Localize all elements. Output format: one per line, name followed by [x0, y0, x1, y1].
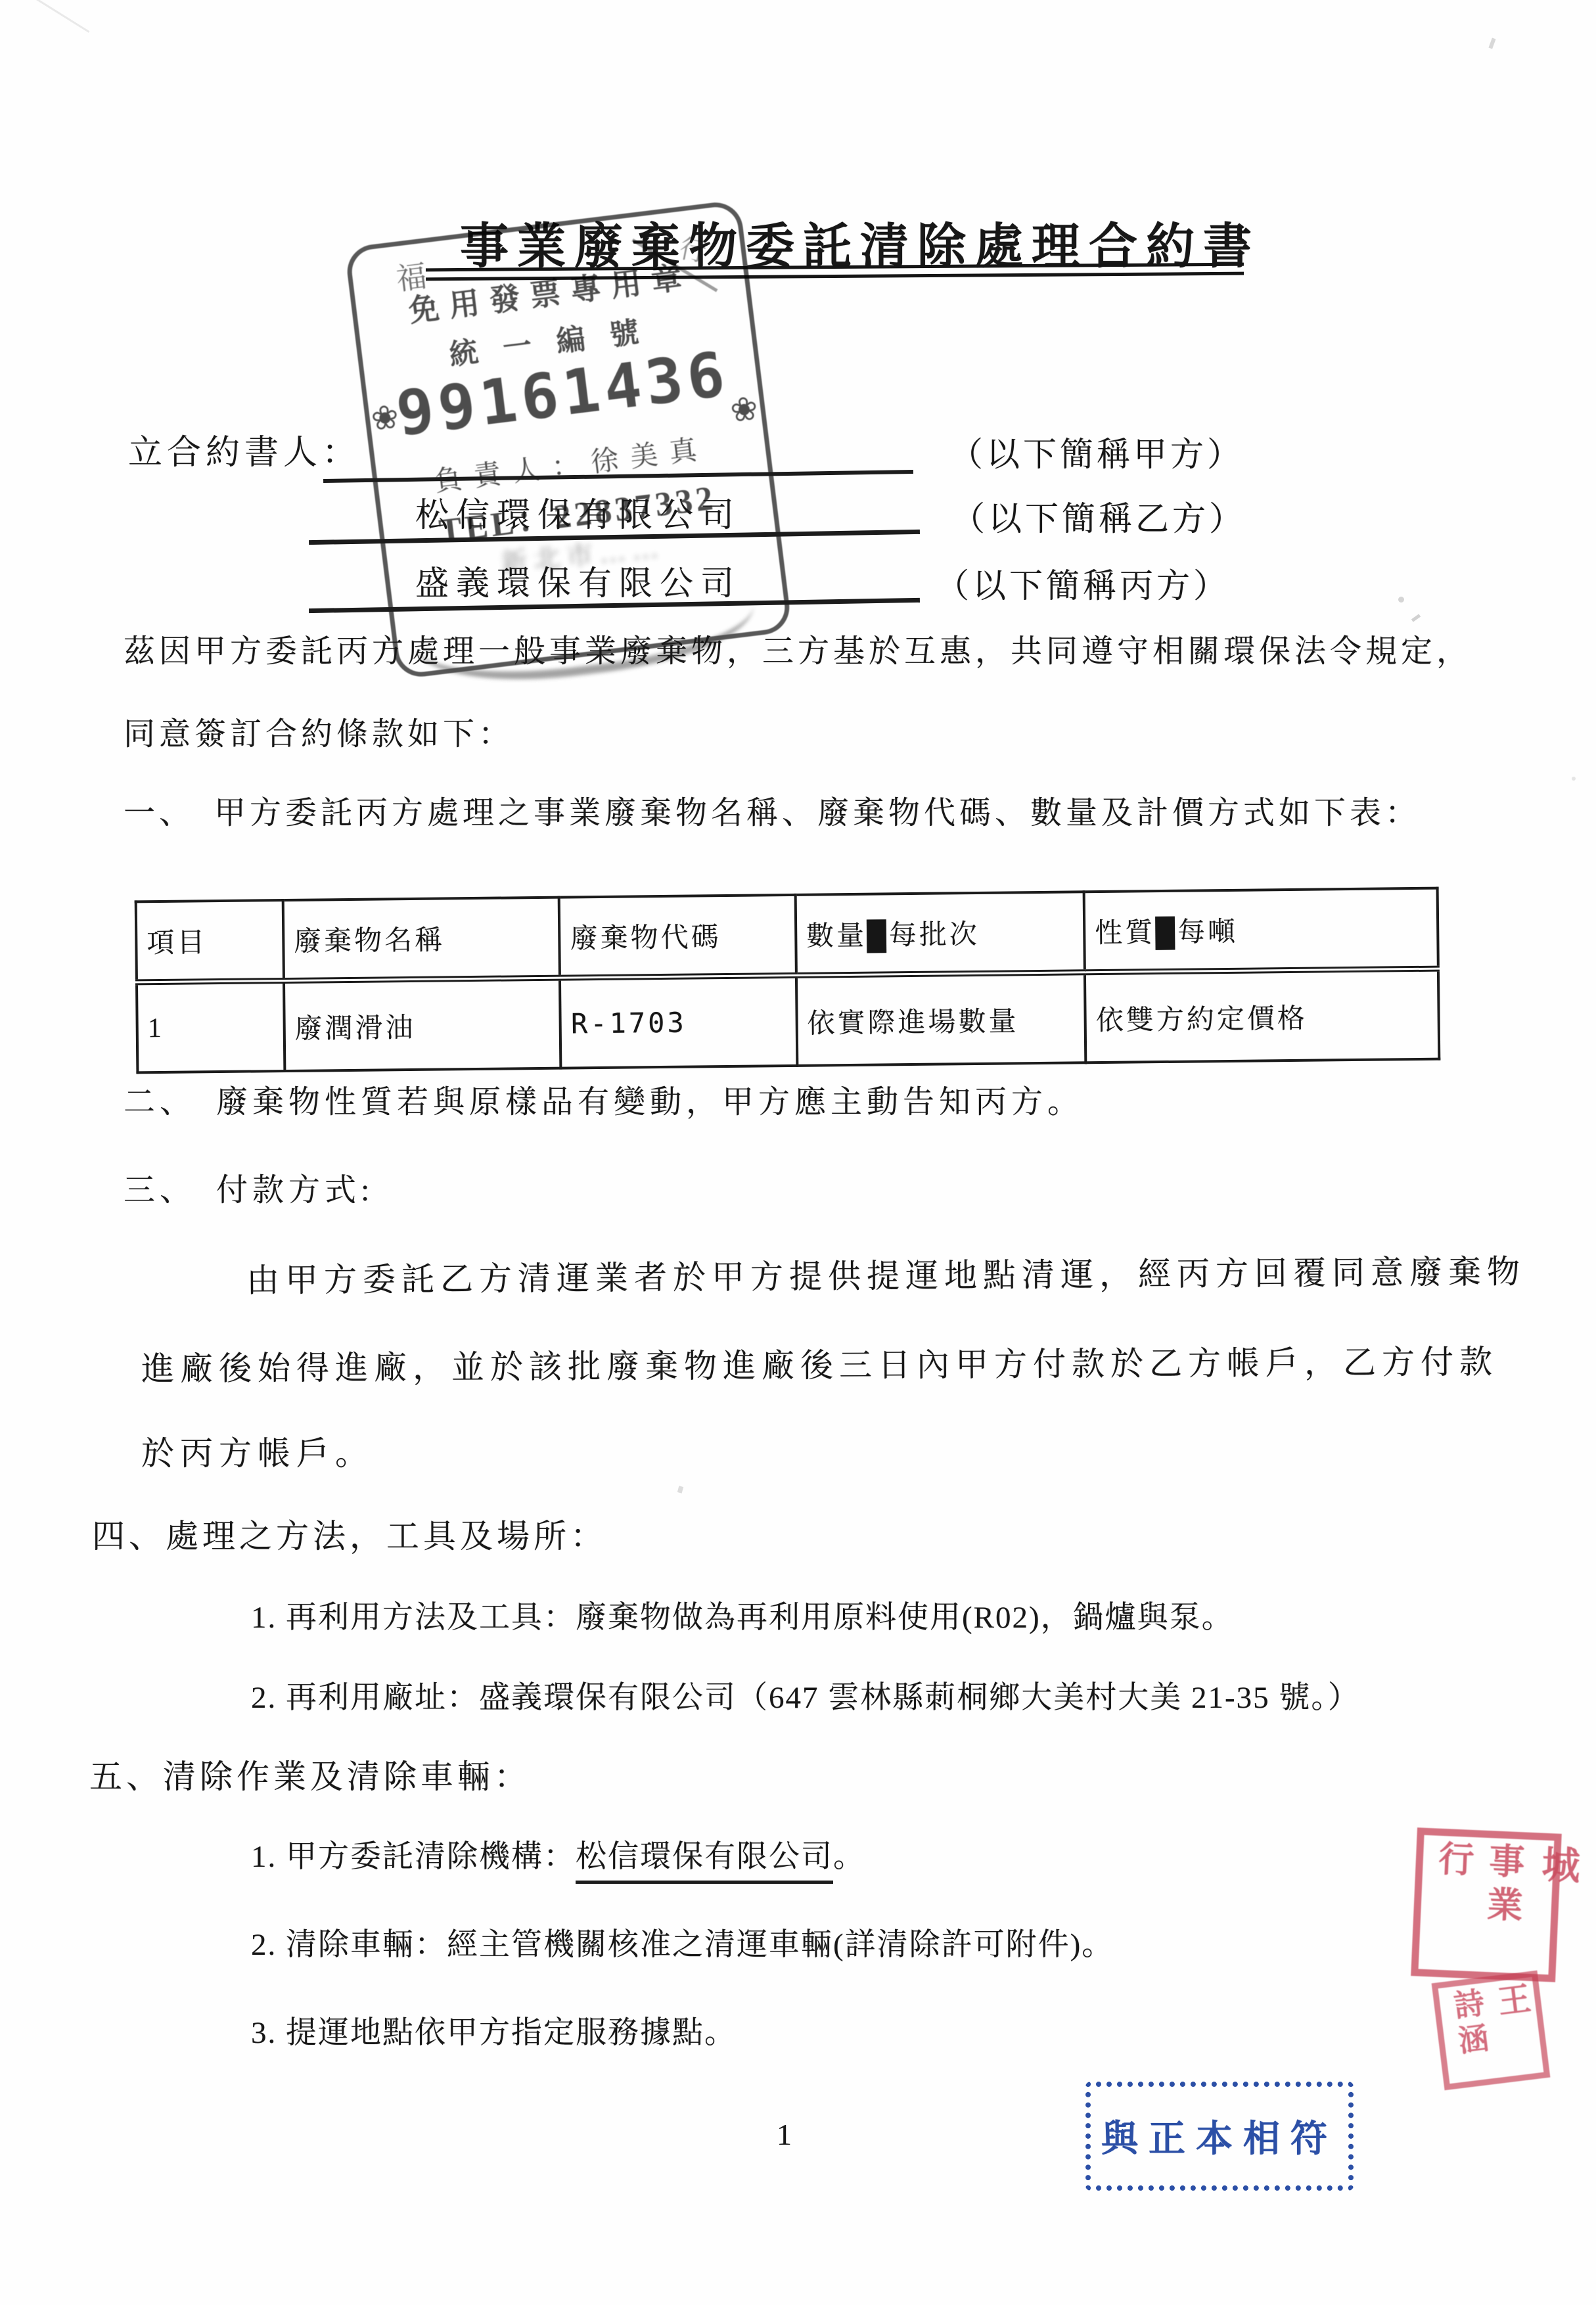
party-a-alias: （以下簡稱甲方）	[949, 427, 1244, 476]
clause-3-paragraph-1: 由甲方委託乙方清運業者於甲方提供提運地點清運，經丙方回覆同意廢棄物	[246, 1245, 1526, 1302]
scan-mark-right-2	[1411, 614, 1421, 622]
scan-dot-body	[677, 1486, 683, 1493]
party-c-alias: （以下簡稱丙方）	[936, 559, 1230, 607]
waste-table-header-row: 項目 廢棄物名稱 廢棄物代碼 數量█每批次 性質█每噸	[136, 888, 1438, 982]
scan-mark-top-right	[1488, 37, 1495, 49]
scan-streak-top-left	[28, 0, 90, 33]
clause-5-heading: 五、清除作業及清除車輛：	[89, 1750, 531, 1798]
waste-table: 項目 廢棄物名稱 廢棄物代碼 數量█每批次 性質█每噸 1 廢潤滑油 R-170…	[135, 887, 1441, 1074]
clause-5-item-3: 3. 提運地點依甲方指定服務據點。	[251, 2008, 737, 2052]
scan-mark-right-1	[1398, 597, 1404, 603]
clause-5-item-2: 2. 清除車輛：經主管機關核准之清運車輛(詳清除許可附件)。	[251, 1920, 1114, 1964]
col-header-waste-name: 廢棄物名稱	[283, 898, 560, 981]
clause-5-item-1-prefix: 1. 甲方委託清除機構：	[251, 1840, 576, 1874]
parties-label: 立合約書人：	[128, 424, 361, 474]
waste-table-data-row: 1 廢潤滑油 R-1703 依實際進場數量 依雙方約定價格	[137, 969, 1439, 1072]
contract-page: { "page": { "number": "1" }, "title": { …	[0, 0, 1596, 2305]
preamble-line-2: 同意簽訂合約條款如下：	[124, 708, 514, 754]
company-seal-left-column: 事業行	[1424, 1839, 1530, 1970]
clause-5-item-1-suffix: 。	[833, 1840, 865, 1874]
clause-3-paragraph-2: 進廠後始得進廠，並於該批廢棄物進廠後三日內甲方付款於乙方帳戶，乙方付款	[141, 1336, 1498, 1390]
preamble-line-1: 茲因甲方委託丙方處理一般事業廢棄物，三方基於互惠，共同遵守相關環保法令規定，	[124, 626, 1472, 671]
person-name-red-seal: 詩涵 王	[1432, 1971, 1551, 2091]
cell-item: 1	[137, 981, 285, 1073]
company-red-seal: 事業行 福城	[1411, 1827, 1562, 1982]
party-b-alias: （以下簡稱乙方）	[951, 491, 1246, 540]
clause-3-paragraph-3: 於丙方帳戶。	[141, 1427, 374, 1474]
name-seal-right-column: 王	[1486, 1980, 1544, 2075]
clause-4-item-1: 1. 再利用方法及工具：廢棄物做為再利用原料使用(R02)，鍋爐與泵。	[251, 1593, 1234, 1637]
cell-waste-code: R-1703	[560, 975, 797, 1068]
company-seal-right-column: 福城	[1525, 1844, 1596, 1974]
cell-waste-name: 廢潤滑油	[284, 978, 561, 1071]
clause-1-heading: 一、 甲方委託丙方處理之事業廢棄物名稱、廢棄物代碼、數量及計價方式如下表：	[124, 787, 1421, 833]
page-number: 1	[777, 2117, 792, 2152]
true-copy-stamp-text: 與正本相符	[1101, 2110, 1338, 2162]
scan-dot-mid-right	[1572, 777, 1576, 781]
cell-quantity: 依實際進場數量	[796, 972, 1086, 1066]
true-copy-stamp: 與正本相符	[1085, 2082, 1354, 2191]
party-b-name: 松信環保有限公司	[415, 488, 741, 536]
clause-4-item-2: 2. 再利用廠址：盛義環保有限公司（647 雲林縣莿桐鄉大美村大美 21-35 …	[251, 1673, 1360, 1717]
clause-3-heading: 三、 付款方式:	[124, 1164, 374, 1210]
cell-nature: 依雙方約定價格	[1085, 969, 1439, 1062]
clause-2: 二、 廢棄物性質若與原樣品有變動，甲方應主動告知丙方。	[124, 1076, 1083, 1122]
clause-5-item-1-company: 松信環保有限公司	[576, 1840, 833, 1884]
col-header-waste-code: 廢棄物代碼	[559, 895, 796, 978]
col-header-item: 項目	[136, 900, 284, 982]
col-header-quantity: 數量█每批次	[795, 892, 1085, 975]
clause-4-heading: 四、處理之方法，工具及場所：	[92, 1510, 607, 1557]
party-c-name: 盛義環保有限公司	[415, 556, 741, 605]
col-header-nature: 性質█每噸	[1084, 888, 1438, 972]
clause-5-item-1: 1. 甲方委託清除機構：松信環保有限公司。	[251, 1832, 865, 1876]
